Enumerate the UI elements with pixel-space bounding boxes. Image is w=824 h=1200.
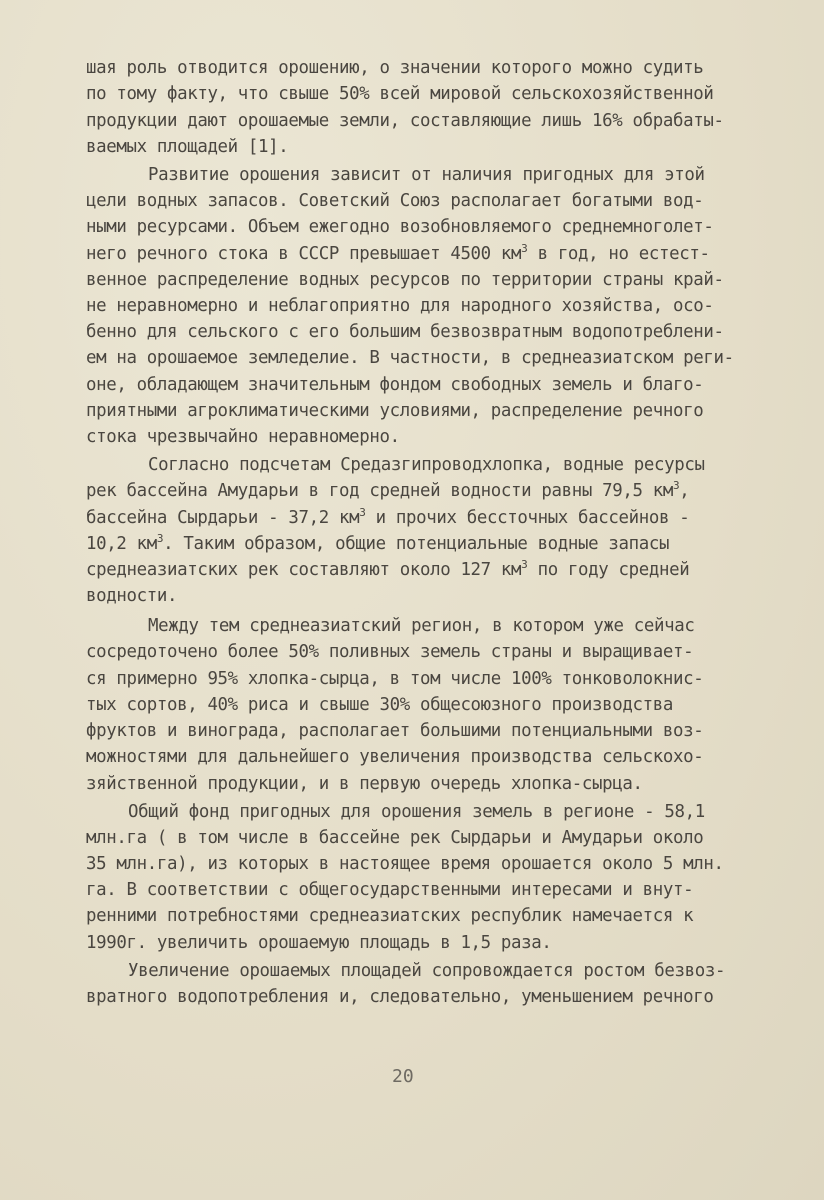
text-line: млн.га ( в том числе в бассейне рек Сырд… (86, 827, 703, 849)
page-number: 20 (392, 1066, 414, 1087)
text-line: вратного водопотребления и, следовательн… (86, 986, 713, 1008)
text-line: венное распределение водных ресурсов по … (86, 269, 724, 291)
text-line: 35 млн.га), из которых в настоящее время… (86, 853, 724, 875)
text-line: Общий фонд пригодных для орошения земель… (128, 801, 705, 823)
text-line: ренними потребностями среднеазиатских ре… (86, 905, 693, 927)
text-line: приятными агроклиматическими условиями, … (86, 400, 703, 422)
text-line: Согласно подсчетам Средазгипроводхлопка,… (148, 454, 705, 476)
text-line: рек бассейна Амударьи в год средней водн… (86, 480, 689, 502)
text-line: водности. (86, 585, 177, 607)
text-line: 1990г. увеличить орошаемую площадь в 1,5… (86, 932, 552, 954)
superscript: 3 (673, 479, 679, 492)
superscript: 3 (521, 558, 527, 571)
text-line: продукции дают орошаемые земли, составля… (86, 110, 724, 132)
text-line: сосредоточено более 50% поливных земель … (86, 641, 693, 663)
text-line: не неравномерно и неблагоприятно для нар… (86, 295, 713, 317)
text-line: ными ресурсами. Объем ежегодно возобновл… (86, 216, 713, 238)
text-line: ся примерно 95% хлопка-сырца, в том числ… (86, 668, 703, 690)
text-line: оне, обладающем значительным фондом своб… (86, 374, 703, 396)
text-line: га. В соответствии с общегосударственным… (86, 879, 693, 901)
typewritten-page: шая роль отводится орошению, о значении … (0, 0, 824, 1200)
text-line: тых сортов, 40% риса и свыше 30% общесою… (86, 694, 673, 716)
superscript: 3 (359, 506, 365, 519)
text-line: цели водных запасов. Советский Союз расп… (86, 190, 703, 212)
text-line: Увеличение орошаемых площадей сопровожда… (128, 960, 725, 982)
text-line: фруктов и винограда, располагает большим… (86, 720, 703, 742)
text-line: стока чрезвычайно неравномерно. (86, 426, 400, 448)
text-line: зяйственной продукции, и в первую очеред… (86, 773, 643, 795)
superscript: 3 (521, 242, 527, 255)
text-line: по тому факту, что свыше 50% всей мирово… (86, 83, 713, 105)
text-line: среднеазиатских рек составляют около 127… (86, 559, 689, 581)
text-line: Развитие орошения зависит от наличия при… (148, 164, 705, 186)
text-line: можностями для дальнейшего увеличения пр… (86, 746, 703, 768)
text-line: ваемых площадей [1]. (86, 136, 288, 158)
text-line: 10,2 км3. Таким образом, общие потенциал… (86, 533, 669, 555)
text-line: бассейна Сырдарьи - 37,2 км3 и прочих бе… (86, 507, 689, 529)
text-line: бенно для сельского с его большим безвоз… (86, 321, 724, 343)
text-line: него речного стока в СССР превышает 4500… (86, 243, 710, 265)
text-line: шая роль отводится орошению, о значении … (86, 57, 703, 79)
superscript: 3 (157, 532, 163, 545)
text-line: ем на орошаемое земледелие. В частности,… (86, 347, 734, 369)
text-line: Между тем среднеазиатский регион, в кото… (148, 615, 694, 637)
